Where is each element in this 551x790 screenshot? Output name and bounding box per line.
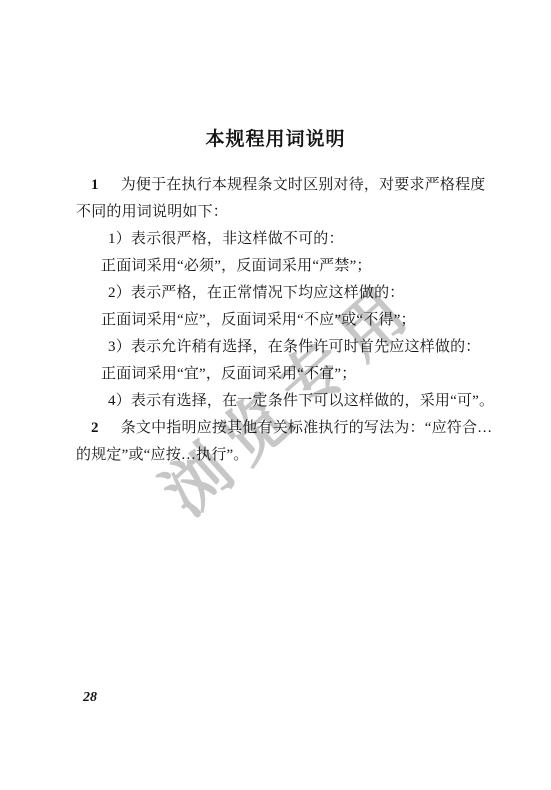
text-line: 1为便于在执行本规程条文时区别对待，对要求严格程度 [76,172,480,199]
document-page: 浏览专用 本规程用词说明 1为便于在执行本规程条文时区别对待，对要求严格程度 不… [0,0,551,790]
line-text: 正面词采用“应”，反面词采用“不应”或“不得”； [101,312,416,328]
line-text: 2）表示严格，在正常情况下均应这样做的： [108,285,405,301]
text-line: 正面词采用“必须”，反面词采用“严禁”； [76,253,480,280]
line-text: 3）表示允许稍有选择，在条件许可时首先应这样做的： [108,339,481,355]
line-text: 的规定”或“应按…执行”。 [76,447,249,463]
line-text: 4）表示有选择，在一定条件下可以这样做的，采用“可”。 [108,393,494,409]
page-number: 28 [83,690,97,706]
clause-number: 1 [91,177,99,193]
text-line: 1）表示很严格，非这样做不可的： [76,226,480,253]
line-text: 正面词采用“宜”，反面词采用“不宜”； [101,366,356,382]
text-line: 的规定”或“应按…执行”。 [76,442,480,469]
line-text: 正面词采用“必须”，反面词采用“严禁”； [101,258,372,274]
text-line: 2条文中指明应按其他有关标准执行的写法为：“应符合… [76,415,480,442]
line-text: 条文中指明应按其他有关标准执行的写法为：“应符合… [121,420,493,436]
text-line: 不同的用词说明如下： [76,199,480,226]
text-line: 2）表示严格，在正常情况下均应这样做的： [76,280,480,307]
line-text: 1）表示很严格，非这样做不可的： [108,231,344,247]
line-text: 不同的用词说明如下： [76,204,228,220]
line-text: 为便于在执行本规程条文时区别对待，对要求严格程度 [121,177,486,193]
body-text: 1为便于在执行本规程条文时区别对待，对要求严格程度 不同的用词说明如下： 1）表… [76,172,480,469]
text-line: 3）表示允许稍有选择，在条件许可时首先应这样做的： [76,334,480,361]
text-line: 正面词采用“宜”，反面词采用“不宜”； [76,361,480,388]
clause-number: 2 [91,420,99,436]
page-title: 本规程用词说明 [0,124,551,151]
text-line: 4）表示有选择，在一定条件下可以这样做的，采用“可”。 [76,388,480,415]
text-line: 正面词采用“应”，反面词采用“不应”或“不得”； [76,307,480,334]
